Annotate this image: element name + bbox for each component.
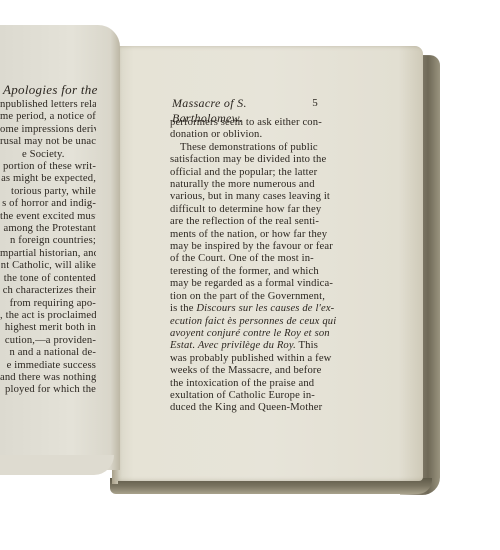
text-line-mixed: is the Discours sur les causes de l'ex- (170, 303, 312, 315)
text-line-mixed: Estat. Avec privilège du Roy. This (170, 340, 312, 352)
italic-title-run: Estat. Avec privilège du Roy. (170, 340, 296, 351)
text-line: of the Court. One of the most in- (170, 253, 312, 265)
left-page-text: npublished letters rela- me period, a no… (0, 99, 96, 397)
book-photo: Apologies for the npublished letters rel… (0, 0, 500, 550)
text-line: weeks of the Massacre, and before (170, 365, 312, 377)
text-line: e immediate success (0, 360, 96, 372)
text-line-italic: avoyent conjuré contre le Roy et son (170, 328, 312, 340)
text-line: rusal may not be unac- (0, 136, 96, 148)
text-line: e Society. (0, 149, 96, 161)
text-line: ch characterizes their (0, 285, 96, 297)
text-line: various, but in many cases leaving it (170, 191, 312, 203)
text-line: performers seem to ask either con- (170, 117, 312, 129)
text-line: may be inspired by the favour or fear (170, 241, 312, 253)
text-line: among the Protestant (0, 223, 96, 235)
text-line: the event excited must (0, 211, 96, 223)
text-line: ments of the nation, or how far they (170, 229, 312, 241)
left-running-head: Apologies for the (3, 82, 98, 98)
page-number: 5 (312, 97, 318, 109)
text-line: duced the King and Queen-Mother (170, 402, 312, 414)
text-line: cution,—a providen- (0, 335, 96, 347)
text-line-italic: ecution faict ès personnes de ceux qui (170, 316, 312, 328)
text-line: npublished letters rela- (0, 99, 96, 111)
text-line: was probably published within a few (170, 353, 312, 365)
text-line: s of horror and indig- (0, 198, 96, 210)
text-line: nt Catholic, will alike (0, 260, 96, 272)
text-line: me period, a notice of (0, 111, 96, 123)
text-line: These demonstrations of public (170, 142, 312, 154)
text-line: portion of these writ- (0, 161, 96, 173)
text-line: donation or oblivion. (170, 129, 312, 141)
text-line: n foreign countries; (0, 235, 96, 247)
text-line: n and a national de- (0, 347, 96, 359)
text-line: may be regarded as a formal vindica- (170, 278, 312, 290)
text-line: ome impressions derived (0, 124, 96, 136)
right-page-text: performers seem to ask either con- donat… (170, 117, 312, 415)
italic-title-run: Discours sur les causes de l'ex- (196, 303, 334, 314)
text-line: satisfaction may be divided into the (170, 154, 312, 166)
text-line: ployed for which the (0, 384, 96, 396)
text-line: torious party, while (0, 186, 96, 198)
text-line: , the act is proclaimed (0, 310, 96, 322)
text-line: official and the popular; the latter (170, 167, 312, 179)
text-line: teresting of the former, and which (170, 266, 312, 278)
text-line: difficult to determine how far they (170, 204, 312, 216)
text-line: are the reflection of the real senti- (170, 216, 312, 228)
left-page-curl (0, 455, 114, 475)
text-line: the intoxication of the praise and (170, 378, 312, 390)
text-line: tion on the part of the Government, (170, 291, 312, 303)
text-line: from requiring apo- (0, 298, 96, 310)
text-line: and there was nothing (0, 372, 96, 384)
text-line: the tone of contented (0, 273, 96, 285)
text-line: exultation of Catholic Europe in- (170, 390, 312, 402)
roman-run: This (296, 340, 318, 351)
roman-run: is the (170, 303, 196, 314)
text-line: naturally the more numerous and (170, 179, 312, 191)
text-line: mpartial historian, and (0, 248, 96, 260)
text-line: highest merit both in (0, 322, 96, 334)
text-line: as might be expected, (0, 173, 96, 185)
